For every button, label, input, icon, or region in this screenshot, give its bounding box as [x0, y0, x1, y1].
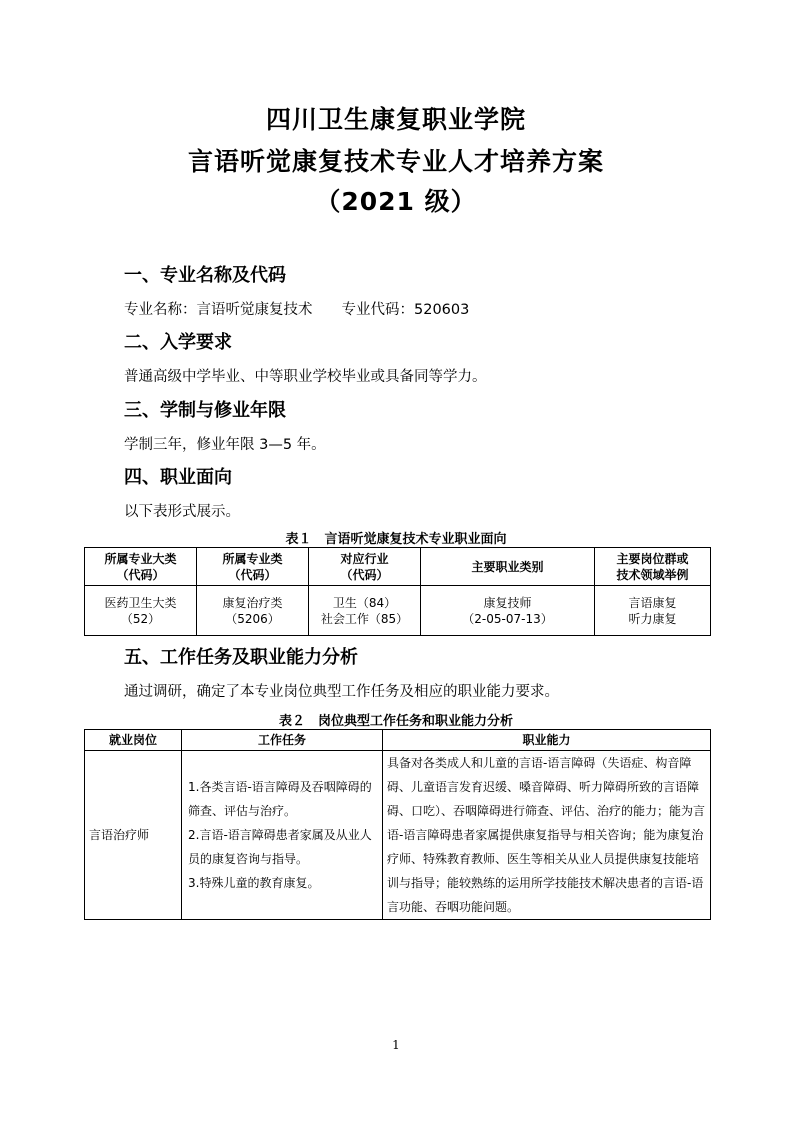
table2-header-row: 就业岗位 工作任务 职业能力	[85, 730, 711, 751]
table2-header-cell: 就业岗位	[85, 730, 182, 751]
position-cell: 言语治疗师	[85, 751, 182, 920]
section-text-3: 学制三年，修业年限 3—5 年。	[124, 433, 326, 454]
table1-cell: 医药卫生大类（52）	[85, 586, 197, 636]
title-line-2: 言语听觉康复技术专业人才培养方案	[0, 142, 792, 178]
table1-header-cell: 对应行业（代码）	[309, 548, 421, 586]
table2-header-cell: 职业能力	[383, 730, 711, 751]
table1-cell: 言语康复听力康复	[595, 586, 711, 636]
table2: 就业岗位 工作任务 职业能力 言语治疗师 1.各类言语-语言障碍及吞咽障碍的 筛…	[84, 729, 711, 920]
table1-header-cell: 主要职业类别	[421, 548, 595, 586]
table1-caption: 表１ 言语听觉康复技术专业职业面向	[0, 528, 792, 547]
table-row: 言语治疗师 1.各类言语-语言障碍及吞咽障碍的 筛查、评估与治疗。 2.言语-语…	[85, 751, 711, 920]
abilities-cell: 具备对各类成人和儿童的言语-语言障碍（失语症、构音障碍、儿童语言发育迟缓、嗓音障…	[383, 751, 711, 920]
table1-header-row: 所属专业大类（代码） 所属专业类（代码） 对应行业（代码） 主要职业类别 主要岗…	[85, 548, 711, 586]
table1: 所属专业大类（代码） 所属专业类（代码） 对应行业（代码） 主要职业类别 主要岗…	[84, 547, 711, 636]
title-line-3: （2021 级）	[0, 182, 792, 218]
section-text-5: 通过调研，确定了本专业岗位典型工作任务及相应的职业能力要求。	[124, 680, 559, 701]
section-text-1: 专业名称：言语听觉康复技术 专业代码：520603	[124, 298, 469, 319]
page-number: 1	[0, 1038, 792, 1052]
table1-header-cell: 主要岗位群或技术领域举例	[595, 548, 711, 586]
section-heading-5: 五、工作任务及职业能力分析	[124, 643, 358, 669]
tasks-cell: 1.各类言语-语言障碍及吞咽障碍的 筛查、评估与治疗。 2.言语-语言障碍患者家…	[182, 751, 383, 920]
table2-header-cell: 工作任务	[182, 730, 383, 751]
task-line: 1.各类言语-语言障碍及吞咽障碍的	[188, 775, 376, 799]
table2-caption: 表２ 岗位典型工作任务和职业能力分析	[0, 710, 792, 729]
table1-header-cell: 所属专业大类（代码）	[85, 548, 197, 586]
section-text-4: 以下表形式展示。	[124, 500, 240, 521]
task-line: 3.特殊儿童的教育康复。	[188, 871, 376, 895]
task-line: 员的康复咨询与指导。	[188, 847, 376, 871]
table1-cell: 卫生（84）社会工作（85）	[309, 586, 421, 636]
table1-cell: 康复技师（2-05-07-13）	[421, 586, 595, 636]
task-line: 筛查、评估与治疗。	[188, 799, 376, 823]
title-line-1: 四川卫生康复职业学院	[0, 100, 792, 136]
section-heading-4: 四、职业面向	[124, 463, 232, 489]
table1-header-cell: 所属专业类（代码）	[197, 548, 309, 586]
section-heading-2: 二、入学要求	[124, 328, 232, 354]
section-heading-3: 三、学制与修业年限	[124, 396, 286, 422]
section-heading-1: 一、专业名称及代码	[124, 261, 286, 287]
table1-cell: 康复治疗类（5206）	[197, 586, 309, 636]
table-row: 医药卫生大类（52） 康复治疗类（5206） 卫生（84）社会工作（85） 康复…	[85, 586, 711, 636]
task-line: 2.言语-语言障碍患者家属及从业人	[188, 823, 376, 847]
section-text-2: 普通高级中学毕业、中等职业学校毕业或具备同等学力。	[124, 365, 487, 386]
